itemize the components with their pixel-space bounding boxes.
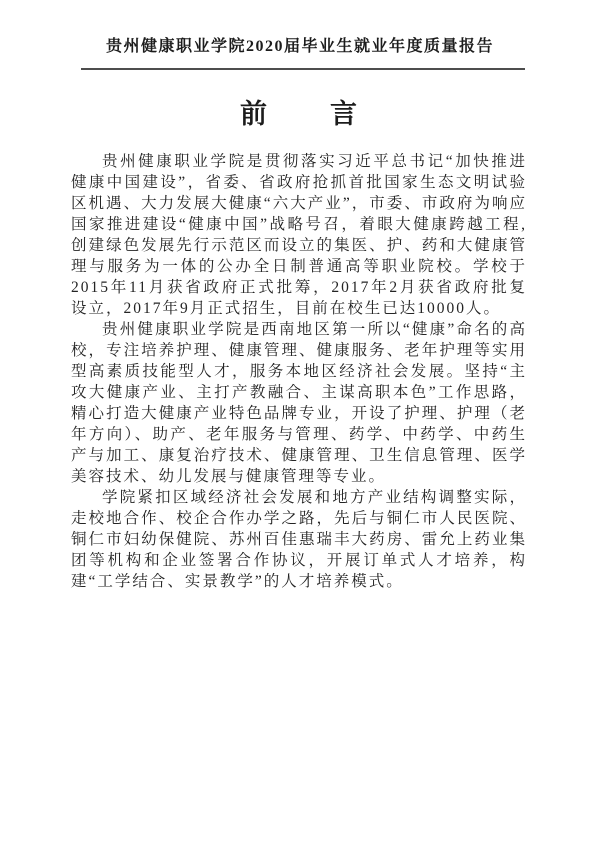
section-title: 前 言 [0, 92, 600, 131]
document-body: 贵州健康职业学院是贯彻落实习近平总书记“加快推进健康中国建设”，省委、省政府抢抓… [71, 151, 527, 592]
body-paragraph-2: 贵州健康职业学院是西南地区第一所以“健康”命名的高校，专注培养护理、健康管理、健… [71, 319, 527, 487]
header-rule [81, 68, 525, 70]
body-paragraph-1: 贵州健康职业学院是贯彻落实习近平总书记“加快推进健康中国建设”，省委、省政府抢抓… [71, 151, 527, 319]
running-header-title: 贵州健康职业学院2020届毕业生就业年度质量报告 [0, 33, 600, 56]
document-page: 贵州健康职业学院2020届毕业生就业年度质量报告 前 言 贵州健康职业学院是贯彻… [0, 0, 600, 847]
body-paragraph-3: 学院紧扣区域经济社会发展和地方产业结构调整实际，走校地合作、校企合作办学之路，先… [71, 487, 527, 592]
